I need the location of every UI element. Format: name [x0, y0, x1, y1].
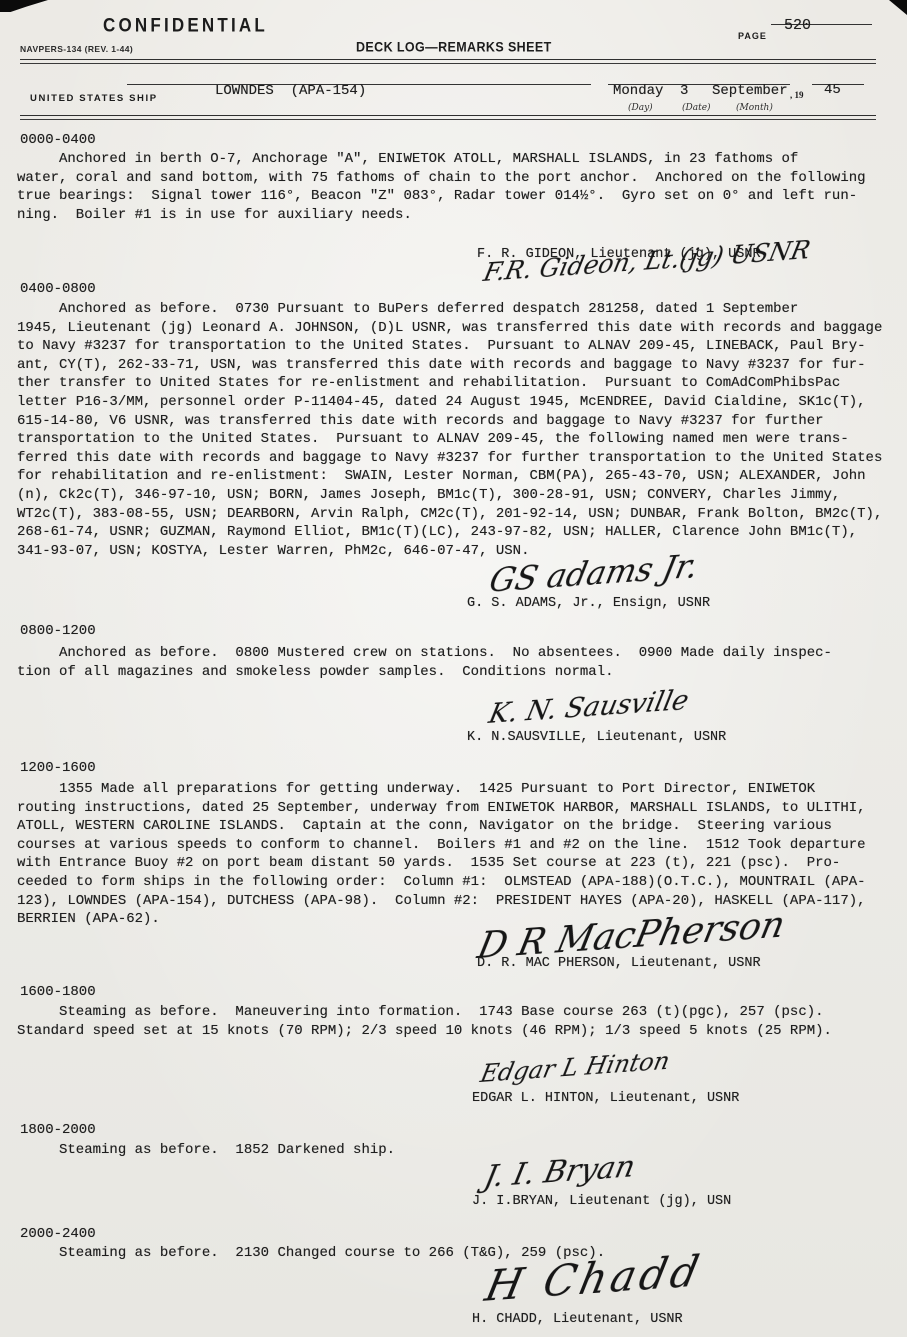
ship-label: UNITED STATES SHIP	[30, 93, 158, 104]
deck-log-remarks-sheet: CONFIDENTIAL PAGE 520 NAVPERS-134 (REV. …	[0, 0, 907, 1337]
signature-typed-sausville: K. N.SAUSVILLE, Lieutenant, USNR	[467, 730, 726, 745]
year-value: 45	[824, 82, 841, 98]
form-number: NAVPERS-134 (REV. 1-44)	[20, 44, 133, 54]
page-title: DECK LOG—REMARKS SHEET	[356, 39, 552, 54]
section-time-0400-0800: 0400-0800	[20, 281, 96, 297]
date-sublabel: (Date)	[682, 103, 711, 113]
signature-typed-macpherson: D. R. MAC PHERSON, Lieutenant, USNR	[477, 956, 761, 971]
signature-typed-hinton: EDGAR L. HINTON, Lieutenant, USNR	[472, 1091, 739, 1106]
signature-script-bryan: J. I. Bryan	[481, 1149, 638, 1195]
page-number: 520	[784, 17, 811, 34]
header-double-rule	[20, 59, 876, 64]
section-body-0400-0800: Anchored as before. 0730 Pursuant to BuP…	[17, 300, 882, 560]
page-label: PAGE	[738, 31, 767, 41]
date-month: September	[712, 83, 788, 99]
day-sublabel: (Day)	[628, 103, 653, 113]
signature-typed-chadd: H. CHADD, Lieutenant, USNR	[472, 1312, 683, 1327]
section-body-0000-0400: Anchored in berth O-7, Anchorage "A", EN…	[17, 150, 866, 224]
section-body-0800-1200: Anchored as before. 0800 Mustered crew o…	[17, 644, 832, 681]
section-time-1800-2000: 1800-2000	[20, 1122, 96, 1138]
signature-script-gideon: F.R. Gideon, Lt.(jg) USNR	[481, 235, 813, 287]
classification-stamp: CONFIDENTIAL	[103, 15, 268, 37]
year-prefix: , 19	[790, 90, 804, 100]
signature-script-hinton: Edgar L Hinton	[478, 1046, 672, 1088]
signature-typed-bryan: J. I.BRYAN, Lieutenant (jg), USN	[472, 1194, 731, 1209]
section-body-1600-1800: Steaming as before. Maneuvering into for…	[17, 1003, 832, 1040]
section-time-0800-1200: 0800-1200	[20, 623, 96, 639]
scan-corner-mark-top-right	[885, 0, 907, 15]
month-sublabel: (Month)	[736, 103, 773, 113]
section-time-1600-1800: 1600-1800	[20, 984, 96, 1000]
signature-script-sausville: K. N. Sausville	[486, 685, 692, 730]
date-day: Monday	[613, 83, 663, 99]
section-time-2000-2400: 2000-2400	[20, 1226, 96, 1242]
scan-corner-mark-top-left	[0, 0, 48, 12]
date-date: 3	[680, 83, 688, 99]
signature-typed-adams: G. S. ADAMS, Jr., Ensign, USNR	[467, 596, 710, 611]
ship-name: LOWNDES (APA-154)	[215, 83, 366, 99]
section-time-0000-0400: 0000-0400	[20, 132, 96, 148]
ship-line-double-rule	[20, 115, 876, 120]
section-body-1800-2000: Steaming as before. 1852 Darkened ship.	[17, 1141, 395, 1160]
section-time-1200-1600: 1200-1600	[20, 760, 96, 776]
